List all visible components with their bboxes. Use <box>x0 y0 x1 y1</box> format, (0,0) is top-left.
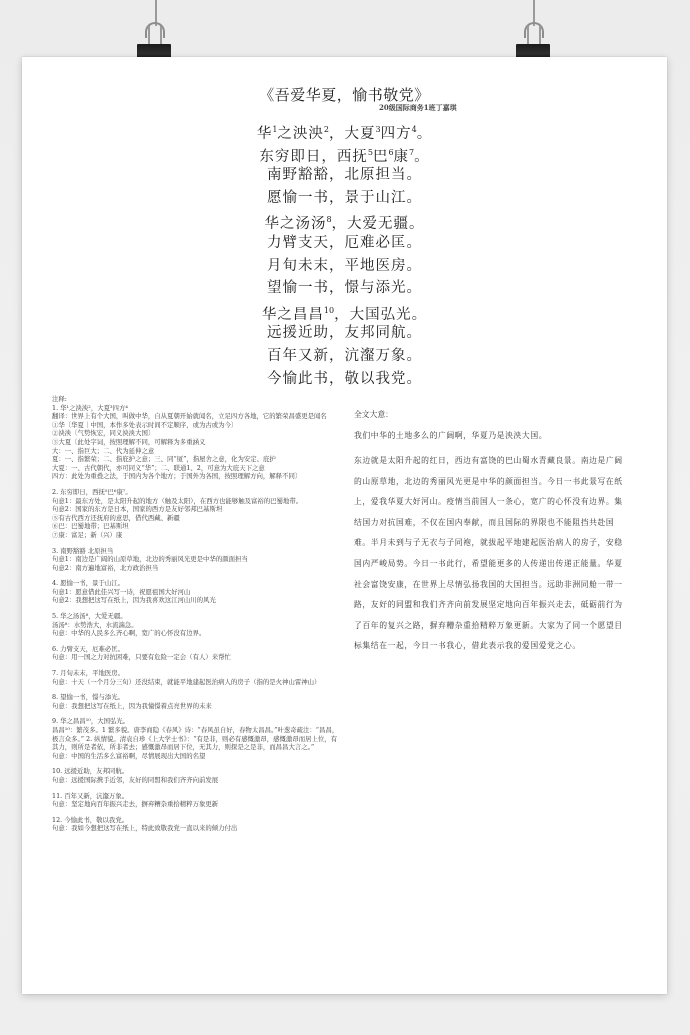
annotation-block: 2. 东穷即日，西抚⁵巴⁶康⁷。句意1：最东方处，是太阳升起的地方（触及太阳），… <box>52 488 342 540</box>
footnote-marker: 3 <box>376 125 381 134</box>
annotation-line: 句意2：南方遍地富裕，北方政治担当 <box>52 564 342 573</box>
poem-line: 望愉一书，憬与添光。 <box>22 277 667 300</box>
annotation-block: 1. 华¹之泱泱²，大夏³四方⁴翻译：世界上有个大国，叫做中华，自从夏朝开始就闻… <box>52 404 342 481</box>
author-credit: 20级国际商务1班丁嘉琪 <box>379 103 457 113</box>
annotation-block: 8. 望愉一书，憬与添光。句意：我想把这写在纸上，因为我憧憬着点亮世界的未来 <box>52 693 342 710</box>
annotation-line: ⑥巴：巴蜀地带；巴基斯坦 <box>52 522 342 531</box>
annotation-line: 句意1：南边是广阔的山原草地，北边的秀丽风光更是中华的颜面担当 <box>52 555 342 564</box>
annotation-line: ②泱泱〔气势恢宏，同义泱泱大国〕 <box>52 429 342 438</box>
annotation-line: 句意：中华的人民多么齐心啊，宽广的心怀没有边界。 <box>52 629 342 638</box>
annotation-line: 10. 远援近助，友邦同航。 <box>52 767 342 776</box>
binder-clip-right-icon <box>516 22 550 58</box>
annotation-line: 5. 华之汤汤⁸，大爱无疆。 <box>52 612 342 621</box>
annotations-heading: 注释: <box>52 395 342 404</box>
footnote-marker: 10 <box>324 306 334 315</box>
annotation-line: 句意：坚定地向百年振兴走去，摒弃糟杂重拾精粹万象更新 <box>52 800 342 809</box>
poem-line: 华1之泱泱2，大夏3四方4。 <box>22 119 667 142</box>
annotation-line: ③大夏〔此处字词，按照理解不同，可解释为多重涵义 <box>52 438 342 447</box>
footnote-marker: 2 <box>324 125 329 134</box>
footnote-marker: 5 <box>368 148 373 157</box>
summary-heading: 全文大意： <box>354 409 624 420</box>
annotation-line: 句意：用一国之力对抗困难，只要有危险一定会（有人）来帮忙 <box>52 653 342 662</box>
annotation-line: 句意2：国家的东方是日本，国家的西方是友好邻邦巴基斯坦 <box>52 505 342 514</box>
annotation-line: 9. 华之昌昌¹⁰，大国弘光。 <box>52 717 342 726</box>
poem-line: 东穷即日，西抚5巴6康7。 <box>22 142 667 165</box>
annotation-block: 3. 南野豁豁 北原担当句意1：南边是广阔的山原草地，北边的秀丽风光更是中华的颜… <box>52 547 342 573</box>
annotation-line: 句意：我想把这写在纸上，因为我憧憬着点亮世界的未来 <box>52 702 342 711</box>
annotations-section: 注释: 1. 华¹之泱泱²，大夏³四方⁴翻译：世界上有个大国，叫做中华，自从夏朝… <box>52 395 342 840</box>
poem-body: 华1之泱泱2，大夏3四方4。东穷即日，西抚5巴6康7。南野豁豁，北原担当。愿愉一… <box>22 119 667 390</box>
poster-paper: 《吾爱华夏，愉书敬党》 20级国际商务1班丁嘉琪 华1之泱泱2，大夏3四方4。东… <box>22 57 667 994</box>
footnote-marker: 6 <box>388 148 393 157</box>
annotation-line: 句意：十天（一个月分三旬）还没结束，就能平地建起医治病人的房子（指的是火神山雷神… <box>52 678 342 687</box>
poem-line: 百年又新，沆瀣万象。 <box>22 345 667 368</box>
annotation-line: 句意：远援国际携手近邻，友好的同盟和我们齐齐向前发展 <box>52 776 342 785</box>
annotation-line: 句意2：我想把这写在纸上，因为我喜欢这江河山川的风光 <box>52 596 342 605</box>
annotation-block: 12. 今愉此书，敬以我党。句意：我如今想把这写在纸上，特此致敬我党一直以来的倾… <box>52 816 342 833</box>
annotation-line: 3. 南野豁豁 北原担当 <box>52 547 342 556</box>
poem-title: 《吾爱华夏，愉书敬党》 <box>22 84 667 105</box>
annotation-block: 6. 力臂支天，厄难必匡。句意：用一国之力对抗困难，只要有危险一定会（有人）来帮… <box>52 645 342 662</box>
annotation-line: 四方：此处为重叠之法，于国内为各个地方；于国外为各国，按照理解方向，解释不同〕 <box>52 472 342 481</box>
annotation-block: 9. 华之昌昌¹⁰，大国弘光。昌昌¹⁰：繁茂多。1 繁多貌。唐李商隐《春风》诗：… <box>52 717 342 760</box>
footnote-marker: 1 <box>272 125 277 134</box>
annotation-line: 翻译：世界上有个大国，叫做中华，自从夏朝开始就闻名，立足四方各地，它的繁荣昌盛更… <box>52 412 342 421</box>
summary-section: 全文大意： 我们中华的土地多么的广阔啊，华夏乃是泱泱大国。 东边就是太阳升起的红… <box>354 409 624 657</box>
summary-paragraph-1: 我们中华的土地多么的广阔啊，华夏乃是泱泱大国。 <box>354 429 624 442</box>
poem-line: 华之昌昌10，大国弘光。 <box>22 300 667 323</box>
annotation-line: 夏：一、指繁荣；二、指庇护之意；三、同“厦”，指屋舍之意，化为安定、庇护 <box>52 455 342 464</box>
annotation-line: 昌昌¹⁰：繁茂多。1 繁多貌。唐李商隐《春风》诗：“春风虽自好，春物太昌昌。”叶… <box>52 726 342 752</box>
annotation-line: 大：一、指巨大；二、代为延伸之意 <box>52 447 342 456</box>
annotation-list: 1. 华¹之泱泱²，大夏³四方⁴翻译：世界上有个大国，叫做中华，自从夏朝开始就闻… <box>52 404 342 833</box>
poem-line: 月旬未末，平地医房。 <box>22 255 667 278</box>
footnote-marker: 4 <box>412 125 417 134</box>
annotation-block: 5. 华之汤汤⁸，大爱无疆。汤汤⁸：水势浩大，水流湍急。句意：中华的人民多么齐心… <box>52 612 342 638</box>
annotation-block: 11. 百年又新，沆瀣万象。句意：坚定地向百年振兴走去，摒弃糟杂重拾精粹万象更新 <box>52 792 342 809</box>
summary-paragraph-2: 东边就是太阳升起的红日，西边有富饶的巴山蜀水青藏良景。南边是广阔的山原草地，北边… <box>354 451 624 657</box>
annotation-line: ⑦康：富足；新（兴）康 <box>52 531 342 540</box>
binder-clip-left-icon <box>137 22 171 58</box>
annotation-line: 2. 东穷即日，西抚⁵巴⁶康⁷。 <box>52 488 342 497</box>
poem-line: 南野豁豁，北原担当。 <box>22 164 667 187</box>
annotation-block: 4. 愿愉一书，景于山江。句意1：愿意借此佳兴写一诗，祝愿祖国大好河山句意2：我… <box>52 579 342 605</box>
annotation-line: 句意：中国的生活多么富裕啊，尽情展现出大国的名望 <box>52 752 342 761</box>
footnote-marker: 7 <box>409 148 414 157</box>
annotation-line: 句意：我如今想把这写在纸上，特此致敬我党一直以来的倾力付出 <box>52 824 342 833</box>
poem-line: 今愉此书，敬以我党。 <box>22 368 667 391</box>
poem-line: 华之汤汤8，大爱无疆。 <box>22 209 667 232</box>
annotation-line: 1. 华¹之泱泱²，大夏³四方⁴ <box>52 404 342 413</box>
annotation-block: 10. 远援近助，友邦同航。句意：远援国际携手近邻，友好的同盟和我们齐齐向前发展 <box>52 767 342 784</box>
annotation-line: 4. 愿愉一书，景于山江。 <box>52 579 342 588</box>
poem-line: 力臂支天，厄难必匡。 <box>22 232 667 255</box>
poem-line: 远援近助，友邦同航。 <box>22 322 667 345</box>
annotation-block: 7. 月旬未末，平地医房。句意：十天（一个月分三旬）还没结束，就能平地建起医治病… <box>52 669 342 686</box>
poem-line: 愿愉一书，景于山江。 <box>22 187 667 210</box>
annotation-line: 汤汤⁸：水势浩大，水流湍急。 <box>52 621 342 630</box>
annotation-line: 8. 望愉一书，憬与添光。 <box>52 693 342 702</box>
annotation-line: 7. 月旬未末，平地医房。 <box>52 669 342 678</box>
footnote-marker: 8 <box>326 215 331 224</box>
annotation-line: 句意1：最东方处，是太阳升起的地方（触及太阳），在西方也能够触及富裕的巴蜀地带。 <box>52 497 342 506</box>
annotation-line: 11. 百年又新，沆瀣万象。 <box>52 792 342 801</box>
